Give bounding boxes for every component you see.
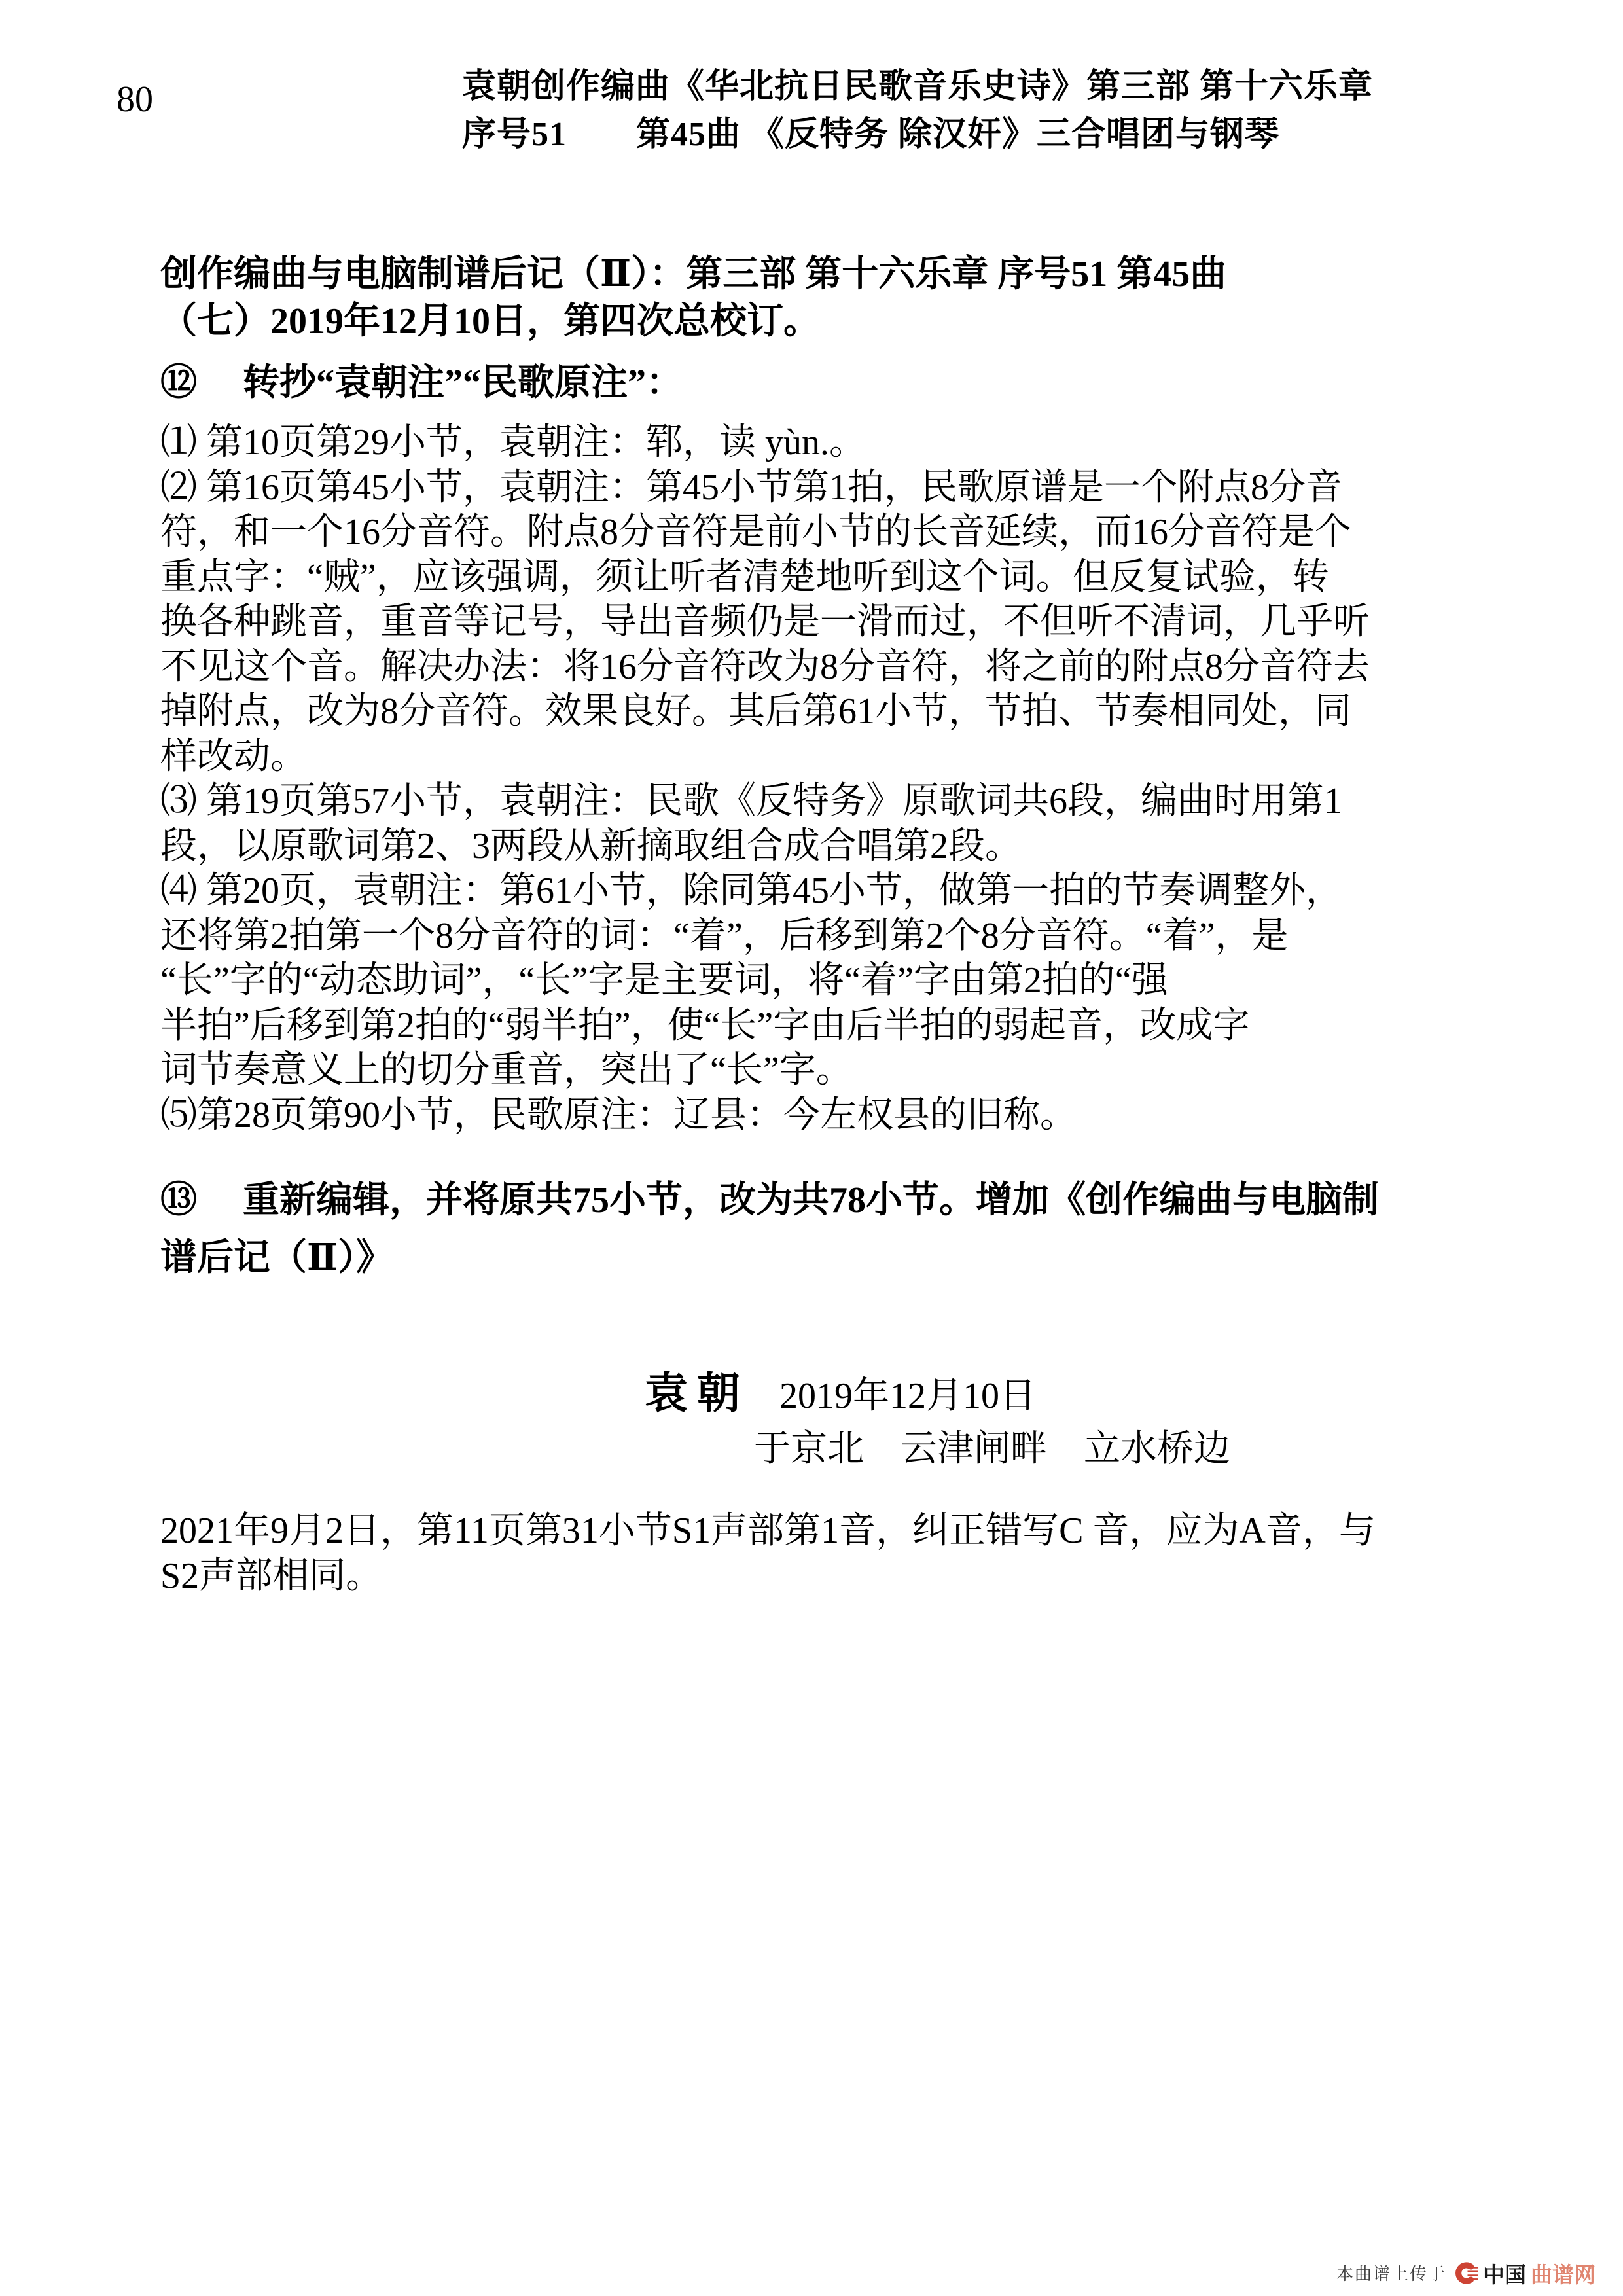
note-item-4: ⑷ 第20页，袁朝注：第61小节，除同第45小节，做第一拍的节奏调整外， 还将第… — [160, 869, 1469, 1093]
document-page: 80 袁朝创作编曲《华北抗日民歌音乐史诗》第三部 第十六乐章 序号51 第45曲… — [0, 0, 1623, 2296]
note-item-5: ⑸第28页第90小节，民歌原注：辽县：今左权县的旧称。 — [160, 1093, 1469, 1138]
section-12-notes-list: ⑴ 第10页第29小节，袁朝注：郓，读 yùn.。 ⑵ 第16页第45小节，袁朝… — [160, 420, 1469, 1138]
page-header: 袁朝创作编曲《华北抗日民歌音乐史诗》第三部 第十六乐章 序号51 第45曲 《反… — [462, 63, 1373, 158]
signature-place: 于京北 云津闸畔 立水桥边 — [754, 1427, 1230, 1471]
header-line-2: 序号51 第45曲 《反特务 除汉奸》三合唱团与钢琴 — [462, 111, 1373, 158]
site-watermark: 本曲谱上传于 中国 曲谱网 — [1336, 2261, 1596, 2287]
signature-name: 袁朝 — [645, 1370, 749, 1417]
signature-block: 袁朝 2019年12月10日 — [645, 1367, 1036, 1419]
watermark-prefix-label: 本曲谱上传于 — [1336, 2266, 1446, 2283]
section-13-paragraph: ⑬ 重新编辑，并将原共75小节，改为共78小节。增加《创作编曲与电脑制 谱后记（… — [160, 1172, 1469, 1287]
note-item-1: ⑴ 第10页第29小节，袁朝注：郓，读 yùn.。 — [160, 420, 1469, 465]
note-item-3: ⑶ 第19页第57小节，袁朝注：民歌《反特务》原歌词共6段，编曲时用第1 段，以… — [160, 779, 1469, 869]
header-line-1: 袁朝创作编曲《华北抗日民歌音乐史诗》第三部 第十六乐章 — [462, 63, 1373, 111]
watermark-site-name-black: 中国 — [1483, 2264, 1526, 2286]
watermark-site-name-red: 曲谱网 — [1531, 2264, 1596, 2286]
addendum-paragraph: 2021年9月2日，第11页第31小节S1声部第1音，纠正错写C 音，应为A音，… — [160, 1509, 1469, 1599]
music-site-logo-icon — [1453, 2261, 1479, 2287]
note-item-2: ⑵ 第16页第45小节，袁朝注：第45小节第1拍，民歌原谱是一个附点8分音 符，… — [160, 465, 1469, 780]
page-number: 80 — [116, 80, 153, 119]
signature-date: 2019年12月10日 — [779, 1367, 1036, 1419]
section-12-heading: ⑫ 转抄“袁朝注”“民歌原注”： — [160, 361, 1469, 405]
postscript-intro-paragraph: 创作编曲与电脑制谱后记（Ⅱ）：第三部 第十六乐章 序号51 第45曲 （七）20… — [160, 251, 1469, 345]
